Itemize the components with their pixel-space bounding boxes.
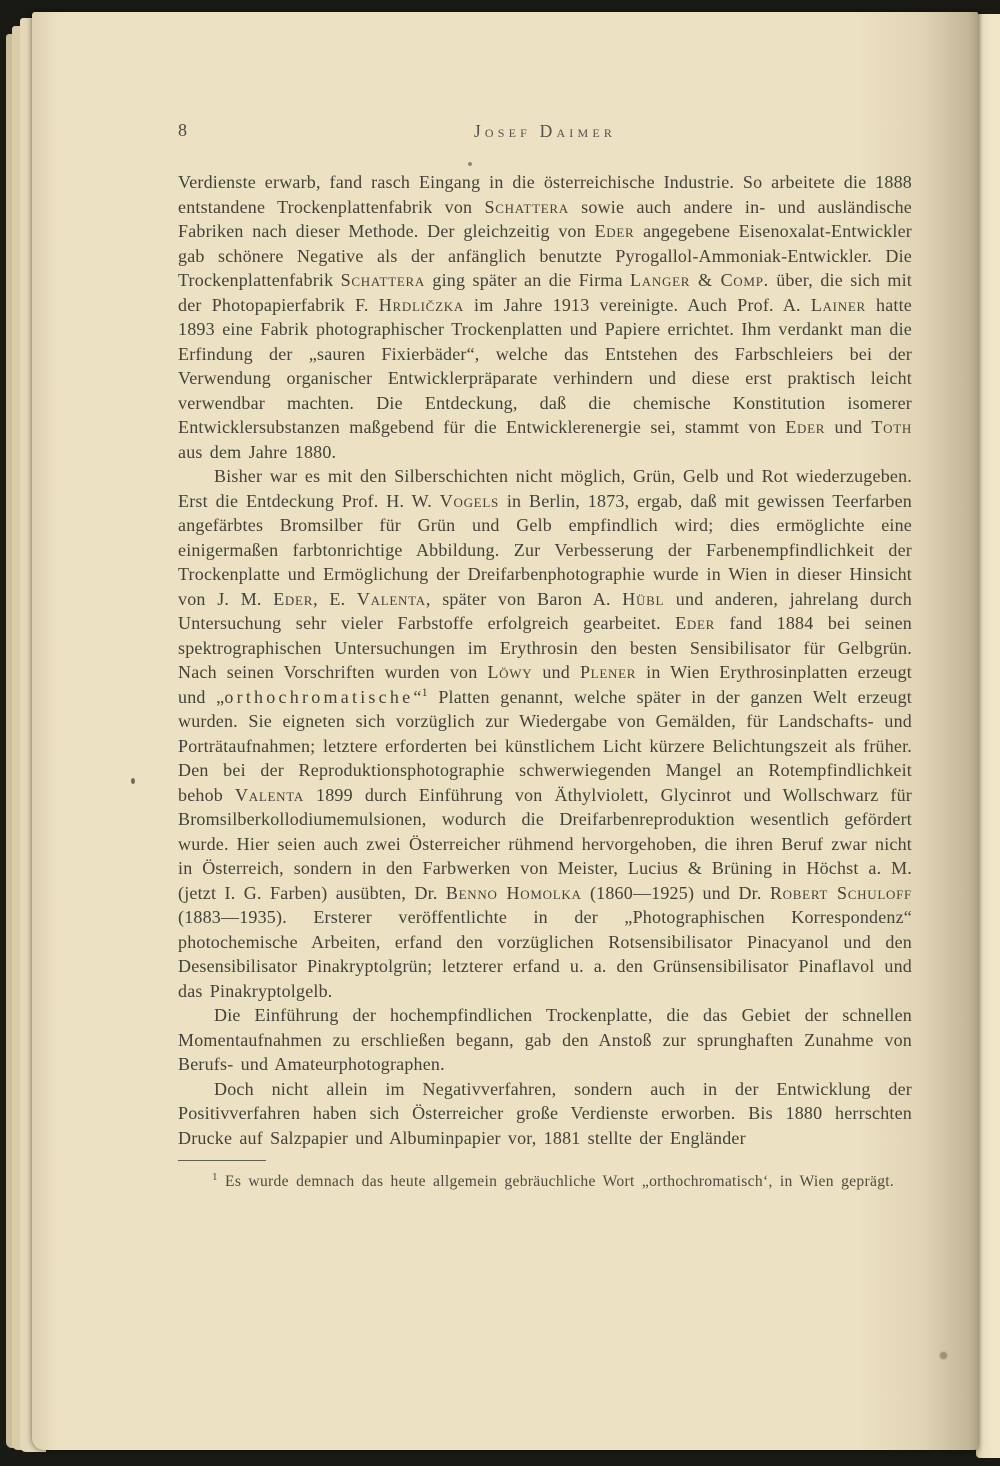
text-run: hatte 1893 eine Fabrik photographischer … [178, 295, 912, 438]
letterspaced-term: orthochromatische [224, 687, 413, 707]
paragraph: Verdienste erwarb, fand rasch Eingang in… [178, 170, 912, 464]
small-caps-name: Hübl [622, 589, 664, 609]
text-run: und [825, 417, 871, 437]
text-run: Es wurde demnach das heute allgemein geb… [218, 1173, 894, 1190]
text-run: Die Einführung der hochempfindlichen Tro… [178, 1005, 912, 1074]
small-caps-name: Schattera [485, 197, 569, 217]
small-caps-name: Langer & Comp. [630, 270, 769, 290]
small-caps-name: Eder [595, 221, 635, 241]
text-run: “ [413, 687, 421, 707]
scanned-book-page: 8 Josef Daimer Verdienste erwarb, fand r… [0, 0, 1000, 1466]
book-page: 8 Josef Daimer Verdienste erwarb, fand r… [32, 12, 978, 1450]
small-caps-name: Lainer [811, 295, 866, 315]
print-speck [131, 778, 135, 784]
text-run: ging später an die Firma [425, 270, 630, 290]
text-run: und [532, 662, 580, 682]
text-run: (1883—1935). Ersterer veröffentlichte in… [178, 907, 912, 1001]
small-caps-name: Benno Homolka [446, 883, 582, 903]
small-caps-name: Hrdličzka [379, 295, 464, 315]
text-run: , später von Baron A. [426, 589, 622, 609]
text-run: , E. [313, 589, 357, 609]
small-caps-name: Eder [273, 589, 313, 609]
footnote-text: 1 Es wurde demnach das heute allgemein g… [178, 1169, 912, 1194]
gutter-page-curl [976, 14, 1000, 1458]
print-speck [940, 1352, 947, 1359]
running-head-row: 8 Josef Daimer [178, 120, 912, 144]
paragraph: Bisher war es mit den Silberschichten ni… [178, 464, 912, 1003]
small-caps-name: Vogels [440, 491, 499, 511]
text-block: 8 Josef Daimer Verdienste erwarb, fand r… [178, 120, 912, 1194]
small-caps-name: Robert Schuloff [770, 883, 912, 903]
text-run: (1860—1925) und Dr. [582, 883, 770, 903]
small-caps-name: Valenta [235, 785, 304, 805]
text-run: Doch nicht allein im Negativverfahren, s… [178, 1079, 912, 1148]
text-run: aus dem Jahre 1880. [178, 442, 336, 462]
small-caps-name: Plener [580, 662, 636, 682]
small-caps-name: Löwy [487, 662, 532, 682]
paragraph: Doch nicht allein im Negativverfahren, s… [178, 1077, 912, 1151]
body-paragraphs: Verdienste erwarb, fand rasch Eingang in… [178, 170, 912, 1150]
small-caps-name: Schattera [341, 270, 425, 290]
paragraph: Die Einführung der hochempfindlichen Tro… [178, 1003, 912, 1077]
page-left-shading [32, 12, 58, 1450]
footnote-separator-rule [178, 1160, 266, 1161]
small-caps-name: Toth [871, 417, 912, 437]
small-caps-name: Valenta [357, 589, 426, 609]
running-header: Josef Daimer [178, 121, 912, 142]
small-caps-name: Eder [675, 613, 715, 633]
small-caps-name: Eder [785, 417, 825, 437]
footnote-block: 1 Es wurde demnach das heute allgemein g… [178, 1160, 912, 1194]
text-run: im Jahre 1913 vereinigte. Auch Prof. A. [464, 295, 811, 315]
